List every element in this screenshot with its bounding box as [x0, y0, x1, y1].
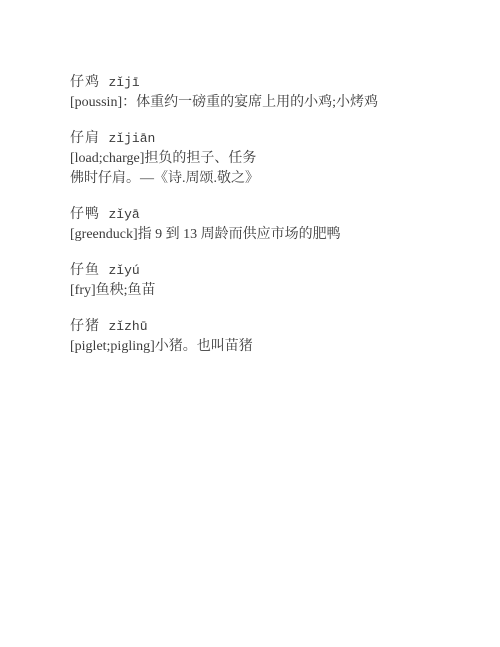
- entry-definition: [greenduck]指 9 到 13 周龄而供应市场的肥鸭: [70, 225, 460, 245]
- dictionary-entry: 仔鸭 zǐyā [greenduck]指 9 到 13 周龄而供应市场的肥鸭: [70, 205, 460, 245]
- entry-headword-line: 仔猪 zǐzhū: [70, 317, 460, 337]
- entry-headword: 仔肩: [70, 131, 100, 146]
- dictionary-entry: 仔鸡 zǐjī [poussin]：体重约一磅重的宴席上用的小鸡;小烤鸡: [70, 73, 460, 113]
- entry-pinyin: zǐzhū: [109, 319, 148, 334]
- dictionary-entry: 仔鱼 zǐyú [fry]鱼秧;鱼苗: [70, 261, 460, 301]
- entry-headword: 仔鸡: [70, 75, 100, 90]
- entry-definition: [fry]鱼秧;鱼苗: [70, 281, 460, 301]
- entry-headword-line: 仔鸭 zǐyā: [70, 205, 460, 225]
- entry-pinyin: zǐyú: [109, 263, 140, 278]
- entry-headword-line: 仔肩 zǐjiān: [70, 129, 460, 149]
- entry-pinyin: zǐyā: [109, 207, 140, 222]
- entry-pinyin: zǐjī: [109, 75, 140, 90]
- entry-definition: [piglet;pigling]小猪。也叫苗猪: [70, 337, 460, 357]
- entry-headword-line: 仔鱼 zǐyú: [70, 261, 460, 281]
- entry-definition: [poussin]：体重约一磅重的宴席上用的小鸡;小烤鸡: [70, 93, 460, 113]
- entry-headword-line: 仔鸡 zǐjī: [70, 73, 460, 93]
- entry-definition: [load;charge]担负的担子、任务: [70, 149, 460, 169]
- entry-citation: 佛时仔肩。—《诗.周颂.敬之》: [70, 169, 460, 189]
- dictionary-page: 仔鸡 zǐjī [poussin]：体重约一磅重的宴席上用的小鸡;小烤鸡 仔肩 …: [0, 0, 500, 647]
- dictionary-entry: 仔肩 zǐjiān [load;charge]担负的担子、任务 佛时仔肩。—《诗…: [70, 129, 460, 189]
- entry-headword: 仔鸭: [70, 207, 100, 222]
- entry-headword: 仔猪: [70, 319, 100, 334]
- dictionary-entry: 仔猪 zǐzhū [piglet;pigling]小猪。也叫苗猪: [70, 317, 460, 357]
- entry-pinyin: zǐjiān: [109, 131, 156, 146]
- entry-headword: 仔鱼: [70, 263, 100, 278]
